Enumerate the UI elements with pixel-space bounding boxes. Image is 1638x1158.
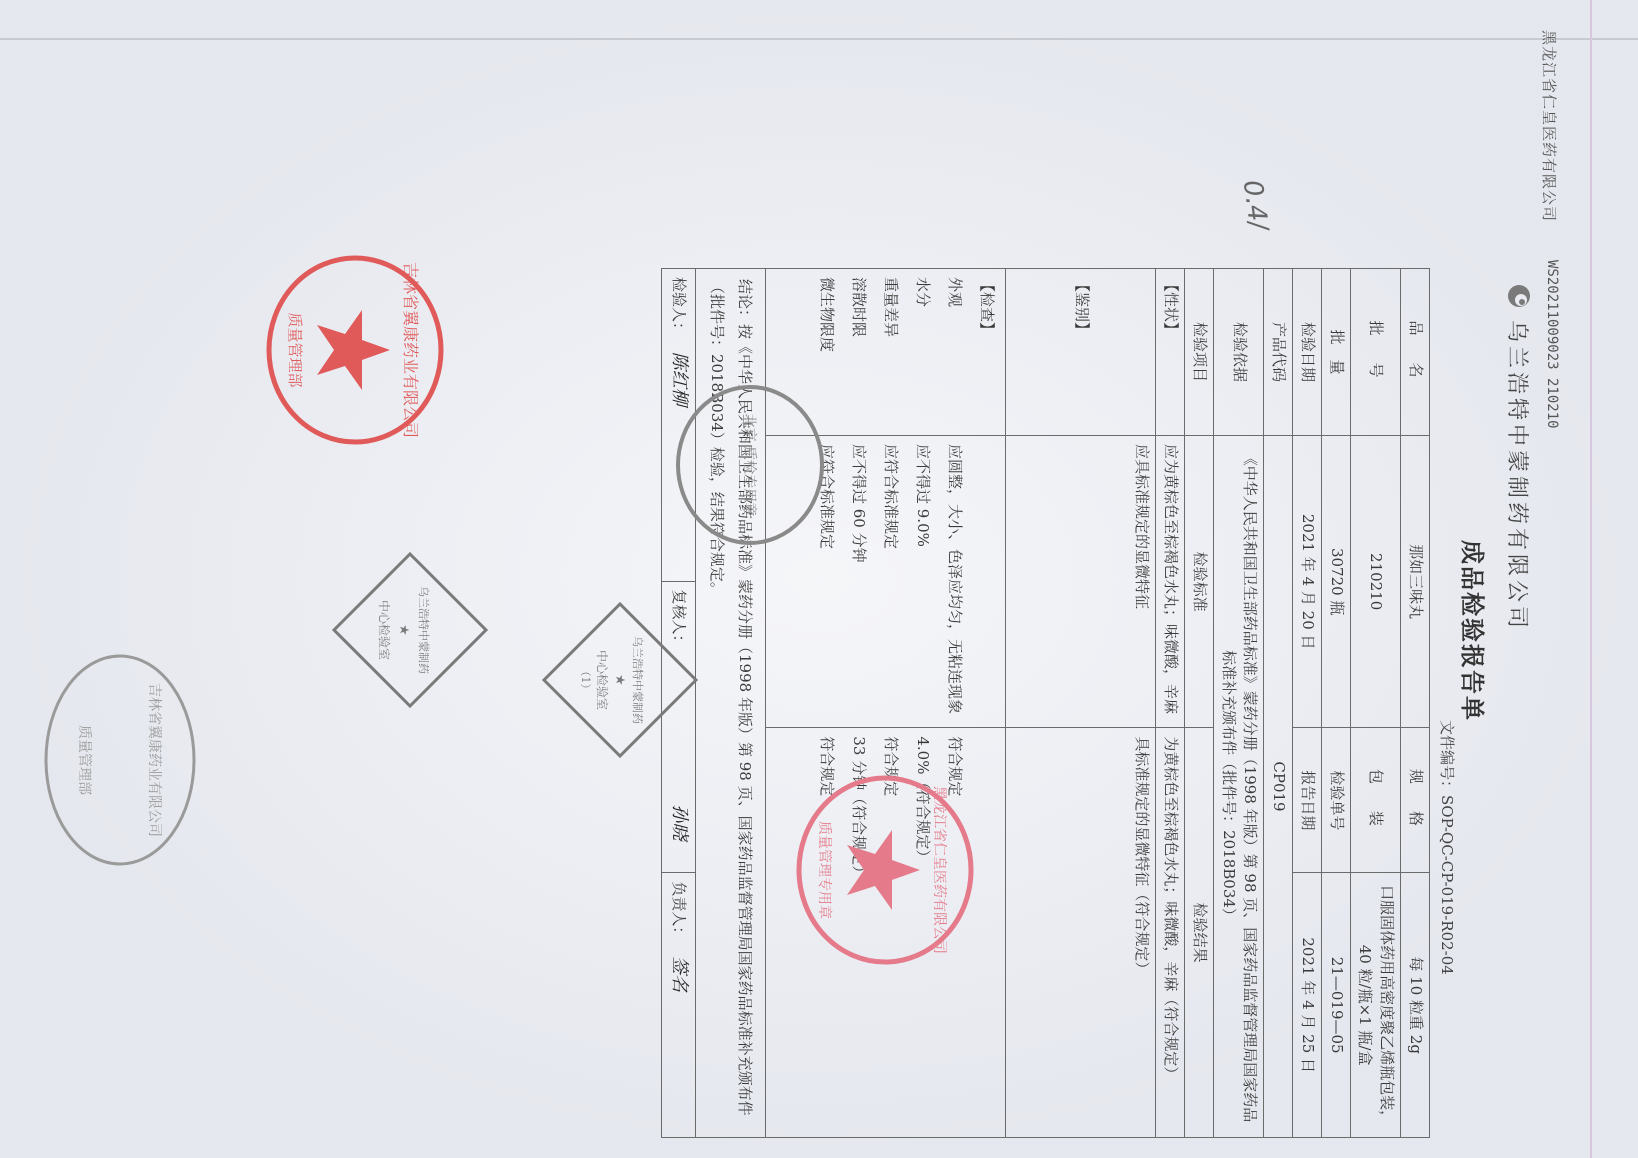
document-title: 成品检验报告单 <box>1457 540 1492 722</box>
inspection-items: 【检查】 外观 水分 重量差异 溶散时限 微生物限度 <box>766 269 1006 436</box>
svg-text:中心检验室: 中心检验室 <box>377 600 392 660</box>
manufacturer-name: 乌兰浩特中蒙制药有限公司 <box>1503 320 1534 632</box>
rotated-report-page: 黑龙江省仁皇医药有限公司 WS20211009023 210210 乌兰浩特中蒙… <box>40 20 1600 1120</box>
inspector-signature: 陈红柳 <box>669 352 690 406</box>
basis-value: 《中华人民共和国卫生部药品标准》蒙药分册（1998 年版）第 98 页、国家药品… <box>1214 436 1265 1138</box>
inspection-title: 【检查】 <box>966 277 998 427</box>
file-number: 文件编号：SOP-QC-CP-019-R02-04 <box>1437 720 1458 975</box>
basis-label: 检验依据 <box>1214 269 1265 436</box>
svg-text:吉林省翼康药业有限公司: 吉林省翼康药业有限公司 <box>401 262 420 438</box>
table-row: 【检查】 外观 水分 重量差异 溶散时限 微生物限度 应圆整，大小、色泽应均匀，… <box>766 269 1006 1138</box>
svg-text:中心检验室: 中心检验室 <box>595 650 610 710</box>
inspection-item-result: 符合规定 <box>934 736 966 1129</box>
column-header-item: 检验项目 <box>1185 269 1214 436</box>
inspection-item-name: 微生物限度 <box>806 277 838 427</box>
responsible-signature: 签名 <box>669 956 690 992</box>
batch-label: 批 号 <box>1350 269 1401 436</box>
batch-value: 210210 <box>1350 436 1401 728</box>
spec-value: 每 10 粒重 2g <box>1401 873 1430 1138</box>
swirl-logo-icon <box>1506 282 1532 314</box>
stamp-jilin-jikang: 吉林省翼康药业有限公司 质量管理部 <box>260 250 450 450</box>
stamp-center-lab-1: 乌兰浩特中蒙制药 ★ 中心检验室 <box>330 550 490 710</box>
inspection-item-standard: 应不得过 9.0% <box>902 444 934 719</box>
product-code-label: 产品代码 <box>1264 269 1293 436</box>
section-title: 【性状】 <box>1156 269 1185 436</box>
inspection-item-result: 4.0%（符合规定） <box>902 736 934 1129</box>
inspection-results: 符合规定 4.0%（符合规定） 符合规定 33 分钟（符合规定） 符合规定 <box>766 728 1006 1138</box>
svg-text:乌兰浩特中蒙制药: 乌兰浩特中蒙制药 <box>631 636 645 724</box>
reviewer-signature: 孙晓 <box>669 804 690 840</box>
inspection-item-name: 外观 <box>934 277 966 427</box>
quantity-value: 30720 瓶 <box>1322 436 1351 728</box>
name-label: 品 名 <box>1401 269 1430 436</box>
handwritten-note: 0.4/ <box>1237 178 1274 232</box>
inspection-item-name: 溶散时限 <box>838 277 870 427</box>
inspection-item-result: 符合规定 <box>806 736 838 1129</box>
test-number-label: 检验单号 <box>1322 728 1351 873</box>
column-header-result: 检验结果 <box>1185 728 1214 1138</box>
inspection-standards: 应圆整，大小、色泽应均匀，无粘连现象 应不得过 9.0% 应符合标准规定 应不得… <box>766 436 1006 728</box>
spec-label: 规 格 <box>1401 728 1430 873</box>
svg-text:乌兰浩特中蒙制药: 乌兰浩特中蒙制药 <box>417 586 431 674</box>
inspection-item-standard: 应圆整，大小、色泽应均匀，无粘连现象 <box>934 444 966 719</box>
package-value: 口服固体药用高密度聚乙烯瓶包装，40 粒/瓶×1 瓶/盒 <box>1350 873 1401 1138</box>
conclusion-text: 结论：按《中华人民共和国卫生部药品标准》蒙药分册（1998 年版）第 98 页、… <box>696 269 766 1138</box>
inspection-item-name: 水分 <box>902 277 934 427</box>
section-title: 【鉴别】 <box>1006 269 1156 436</box>
inspection-item-standard: 应符合标准规定 <box>870 444 902 719</box>
inspector-label: 检验人： <box>670 277 688 337</box>
section-result: 为黄棕色至棕褐色水丸；味微酸，辛麻（符合规定） <box>1156 728 1185 1138</box>
quantity-label: 批 量 <box>1322 269 1351 436</box>
distributor-note: 黑龙江省仁皇医药有限公司 <box>1539 30 1560 222</box>
svg-text:质量管理部: 质量管理部 <box>286 312 304 387</box>
inspection-report-table: 品 名 那如三味丸 规 格 每 10 粒重 2g 批 号 210210 包 装 … <box>662 268 1431 1138</box>
reviewer-label: 复核人： <box>670 590 688 650</box>
stamp-jilin-gray: 吉林省翼康药业有限公司 质量管理部 <box>40 650 200 870</box>
svg-text:★: ★ <box>612 674 627 686</box>
svg-text:（1）: （1） <box>579 666 592 695</box>
name-value: 那如三味丸 <box>1401 436 1430 728</box>
column-header-standard: 检验标准 <box>1185 436 1214 728</box>
report-date-value: 2021 年 4 月 25 日 <box>1293 873 1322 1138</box>
responsible-label: 负责人： <box>670 881 688 941</box>
reviewer-signature-cell: 复核人： 孙晓 <box>662 581 696 873</box>
svg-text:吉林省翼康药业有限公司: 吉林省翼康药业有限公司 <box>146 683 163 837</box>
test-date-value: 2021 年 4 月 20 日 <box>1293 436 1322 728</box>
inspection-item-result: 符合规定 <box>870 736 902 1129</box>
product-code-value: CP019 <box>1264 436 1293 1138</box>
responsible-signature-cell: 负责人： 签名 <box>662 873 696 1138</box>
inspection-item-result: 33 分钟（符合规定） <box>838 736 870 1129</box>
test-number-value: 21—019—05 <box>1322 873 1351 1138</box>
inspector-signature-cell: 检验人： 陈红柳 <box>662 269 696 582</box>
inspection-item-standard: 应不得过 60 分钟 <box>838 444 870 719</box>
package-label: 包 装 <box>1350 728 1401 873</box>
report-date-label: 报告日期 <box>1293 728 1322 873</box>
table-row: 【鉴别】 应具标准规定的显微特征 具标准规定的显微特征（符合规定） <box>1006 269 1156 1138</box>
section-result: 具标准规定的显微特征（符合规定） <box>1006 728 1156 1138</box>
standard-code: WS20211009023 210210 <box>1544 260 1560 429</box>
inspection-item-name: 重量差异 <box>870 277 902 427</box>
section-standard: 应为黄棕色至棕褐色水丸；味微酸，辛麻 <box>1156 436 1185 728</box>
inspection-item-standard: 应符合标准规定 <box>806 444 838 719</box>
svg-text:★: ★ <box>396 624 411 636</box>
table-row: 【性状】 应为黄棕色至棕褐色水丸；味微酸，辛麻 为黄棕色至棕褐色水丸；味微酸，辛… <box>1156 269 1185 1138</box>
test-date-label: 检验日期 <box>1293 269 1322 436</box>
svg-text:质量管理部: 质量管理部 <box>76 725 92 795</box>
section-standard: 应具标准规定的显微特征 <box>1006 436 1156 728</box>
